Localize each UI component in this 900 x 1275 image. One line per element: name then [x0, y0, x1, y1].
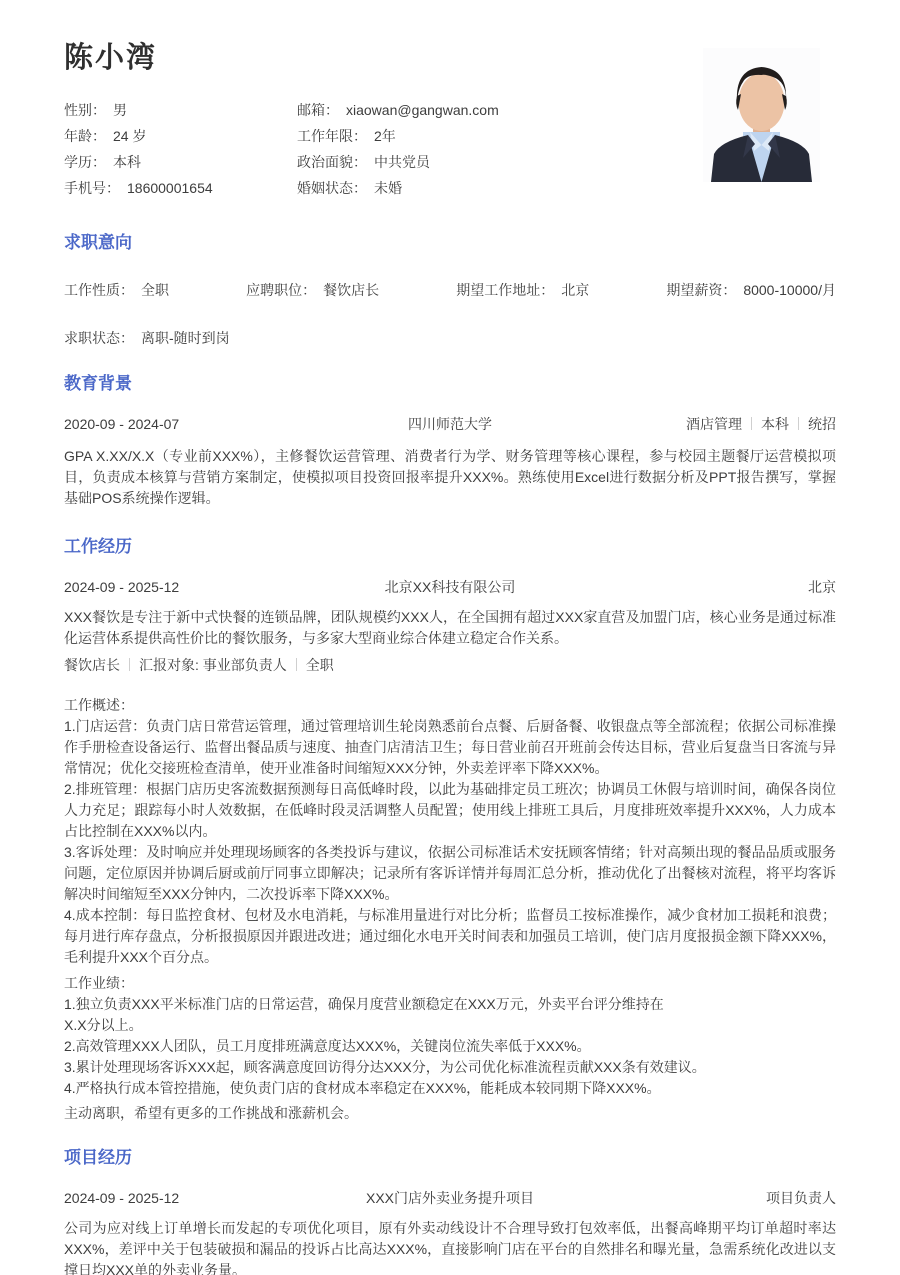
- info-label: 政治面貌：: [297, 154, 367, 170]
- info-value: 18600001654: [127, 180, 213, 196]
- project-name: XXX门店外卖业务提升项目: [366, 1188, 534, 1209]
- work-overview-item: 1.门店运营：负责门店日常营运管理，通过管理培训生轮岗熟悉前台点餐、后厨备餐、收…: [64, 716, 836, 779]
- intent-value: 全职: [141, 282, 169, 298]
- work-overview-item: 2.排班管理：根据门店历史客流数据预测每日高低峰时段，以此为基础排定员工班次；协…: [64, 779, 836, 842]
- work-report-to: 汇报对象: 事业部负责人: [139, 657, 287, 673]
- info-field-experience-years: 工作年限：2年: [297, 126, 664, 147]
- candidate-photo: [703, 48, 820, 182]
- info-value: 2年: [374, 128, 396, 144]
- project-role: 项目负责人: [534, 1188, 836, 1209]
- section-title-job-intent: 求职意向: [64, 232, 836, 254]
- portrait-image: [703, 48, 820, 182]
- intent-label: 期望薪资：: [666, 282, 736, 298]
- work-achievement-item: 1.独立负责XXX平米标准门店的日常运营，确保月度营业额稳定在XXX万元，外卖平…: [64, 994, 836, 1036]
- resume-page: 陈小湾 性别：男 邮箱：xiaowan@gangwan.com 年龄：24 岁 …: [0, 0, 900, 1275]
- info-value: 男: [113, 102, 127, 118]
- project-period: 2024-09 - 2025-12: [64, 1188, 366, 1209]
- work-job-type: 全职: [306, 657, 334, 673]
- info-label: 工作年限：: [297, 128, 367, 144]
- leave-reason: 主动离职，希望有更多的工作挑战和涨薪机会。: [64, 1103, 836, 1124]
- info-value: 本科: [113, 154, 141, 170]
- work-achievement-item: 3.累计处理现场客诉XXX起，顾客满意度回访得分达XXX分，为公司优化标准流程贡…: [64, 1057, 836, 1078]
- job-intent-row: 工作性质：全职 应聘职位：餐饮店长 期望工作地址：北京 期望薪资：8000-10…: [64, 280, 836, 301]
- work-position: 餐饮店长: [64, 657, 120, 673]
- education-degree: 本科: [761, 416, 789, 432]
- info-field-age: 年龄：24 岁: [64, 126, 297, 147]
- work-company: 北京XX科技有限公司: [385, 577, 516, 598]
- work-period: 2024-09 - 2025-12: [64, 577, 385, 598]
- info-field-education: 学历：本科: [64, 152, 297, 173]
- work-location: 北京: [515, 577, 836, 598]
- info-value: xiaowan@gangwan.com: [346, 102, 499, 118]
- education-tags: 酒店管理本科统招: [492, 414, 836, 435]
- info-value: 中共党员: [374, 154, 430, 170]
- intent-label: 期望工作地址：: [456, 282, 554, 298]
- intent-field-target-position: 应聘职位：餐饮店长: [246, 280, 379, 301]
- info-label: 婚姻状态：: [297, 180, 367, 196]
- divider: [129, 658, 130, 671]
- work-entry-row: 2024-09 - 2025-12 北京XX科技有限公司 北京: [64, 577, 836, 598]
- intent-label: 应聘职位：: [246, 282, 316, 298]
- work-achievement-item: 4.严格执行成本管控措施，使负责门店的食材成本率稳定在XXX%，能耗成本较同期下…: [64, 1078, 836, 1099]
- education-school: 四川师范大学: [408, 414, 492, 435]
- section-title-work-experience: 工作经历: [64, 536, 836, 558]
- section-title-education: 教育背景: [64, 373, 836, 395]
- personal-info: 性别：男 邮箱：xiaowan@gangwan.com 年龄：24 岁 工作年限…: [64, 100, 664, 199]
- info-field-marital-status: 婚姻状态：未婚: [297, 178, 664, 199]
- intent-label: 工作性质：: [64, 282, 134, 298]
- info-label: 性别：: [64, 102, 106, 118]
- education-entry-row: 2020-09 - 2024-07 四川师范大学 酒店管理本科统招: [64, 414, 836, 435]
- info-field-political-status: 政治面貌：中共党员: [297, 152, 664, 173]
- info-label: 手机号：: [64, 180, 120, 196]
- project-entry-row: 2024-09 - 2025-12 XXX门店外卖业务提升项目 项目负责人: [64, 1188, 836, 1209]
- info-label: 邮箱：: [297, 102, 339, 118]
- divider: [296, 658, 297, 671]
- intent-field-expected-salary: 期望薪资：8000-10000/月: [666, 280, 836, 301]
- intent-label: 求职状态：: [64, 330, 134, 346]
- work-achievement-item: 2.高效管理XXX人团队，员工月度排班满意度达XXX%，关键岗位流失率低于XXX…: [64, 1036, 836, 1057]
- info-value: 未婚: [374, 180, 402, 196]
- info-label: 学历：: [64, 154, 106, 170]
- intent-field-expected-location: 期望工作地址：北京: [456, 280, 589, 301]
- work-achievements-title: 工作业绩：: [64, 973, 836, 994]
- education-description: GPA X.XX/X.X（专业前XXX%），主修餐饮运营管理、消费者行为学、财务…: [64, 446, 836, 509]
- education-major: 酒店管理: [686, 416, 742, 432]
- info-value: 24 岁: [113, 128, 146, 144]
- intent-field-job-nature: 工作性质：全职: [64, 280, 169, 301]
- work-overview-item: 4.成本控制：每日监控食材、包材及水电消耗，与标准用量进行对比分析；监督员工按标…: [64, 905, 836, 968]
- intent-value: 北京: [561, 282, 589, 298]
- intent-value: 餐饮店长: [323, 282, 379, 298]
- info-label: 年龄：: [64, 128, 106, 144]
- divider: [798, 417, 799, 430]
- intent-value: 离职-随时到岗: [141, 330, 230, 346]
- work-overview-item: 3.客诉处理：及时响应并处理现场顾客的各类投诉与建议，依据公司标准话术安抚顾客情…: [64, 842, 836, 905]
- work-overview-title: 工作概述：: [64, 695, 836, 716]
- info-field-email: 邮箱：xiaowan@gangwan.com: [297, 100, 664, 121]
- work-achievements-block: 工作业绩： 1.独立负责XXX平米标准门店的日常运营，确保月度营业额稳定在XXX…: [64, 973, 836, 1099]
- education-period: 2020-09 - 2024-07: [64, 414, 408, 435]
- intent-field-job-status: 求职状态：离职-随时到岗: [64, 328, 836, 349]
- work-position-row: 餐饮店长汇报对象: 事业部负责人全职: [64, 655, 836, 676]
- divider: [751, 417, 752, 430]
- work-overview-block: 工作概述： 1.门店运营：负责门店日常营运管理，通过管理培训生轮岗熟悉前台点餐、…: [64, 695, 836, 968]
- intent-value: 8000-10000/月: [743, 282, 836, 298]
- company-intro: XXX餐饮是专注于新中式快餐的连锁品牌，团队规模约XXX人，在全国拥有超过XXX…: [64, 607, 836, 649]
- project-description: 公司为应对线上订单增长而发起的专项优化项目，原有外卖动线设计不合理导致打包效率低…: [64, 1218, 836, 1275]
- education-enroll-type: 统招: [808, 416, 836, 432]
- info-field-gender: 性别：男: [64, 100, 297, 121]
- section-title-project-experience: 项目经历: [64, 1147, 836, 1169]
- info-field-phone: 手机号：18600001654: [64, 178, 297, 199]
